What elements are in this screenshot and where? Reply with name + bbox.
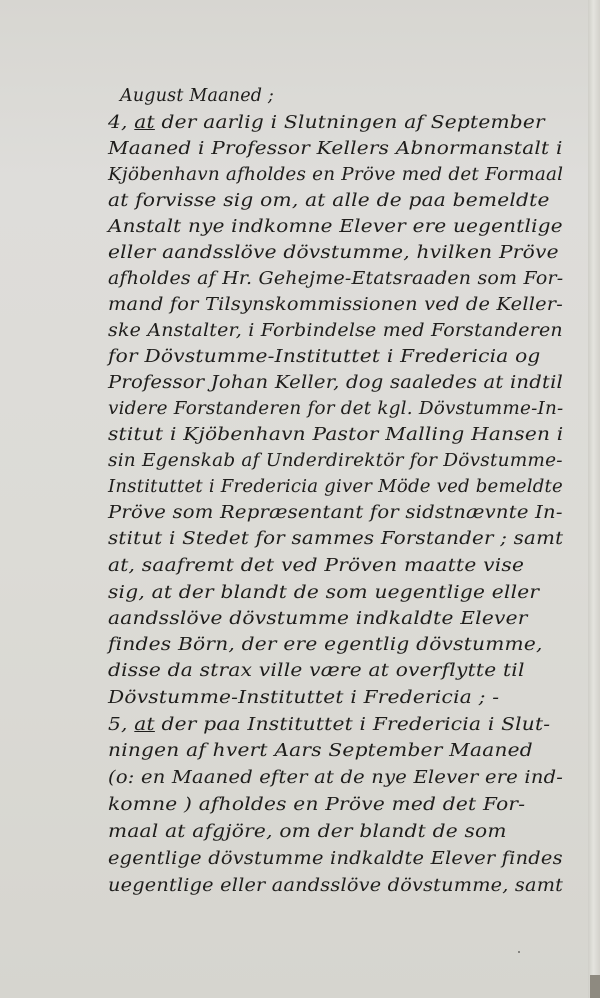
text-line: at forvisse sig om, at alle de paa bemel… <box>108 191 550 211</box>
text-line: videre Forstanderen for det kgl. Dövstum… <box>108 399 563 419</box>
underlined-word: at <box>134 715 155 735</box>
text-line: Maaned i Professor Kellers Abnormanstalt… <box>108 139 563 159</box>
text-line: (o: en Maaned efter at de nye Elever ere… <box>108 768 563 788</box>
text-line: Professor Johan Keller, dog saaledes at … <box>108 373 563 393</box>
text-line: 4, at der aarlig i Slutningen af Septemb… <box>108 113 545 133</box>
text-line: maal at afgjöre, om der blandt de som <box>108 822 507 842</box>
text-line: Dövstumme-Instituttet i Fredericia ; - <box>108 688 499 708</box>
text-line: eller aandsslöve dövstumme, hvilken Pröv… <box>108 243 559 263</box>
text-line: stitut i Stedet for sammes Forstander ; … <box>108 529 563 549</box>
text-line: stitut i Kjöbenhavn Pastor Malling Hanse… <box>108 425 563 445</box>
text-line: disse da strax ville være at overflytte … <box>108 661 525 681</box>
text-line: ningen af hvert Aars September Maaned <box>108 741 533 761</box>
text-line: uegentlige eller aandsslöve dövstumme, s… <box>108 876 563 896</box>
line-rest: der paa Instituttet i Fredericia i Slut- <box>155 715 550 735</box>
text-line: findes Börn, der ere egentlig dövstumme, <box>108 635 543 655</box>
text-line: Kjöbenhavn afholdes en Pröve med det For… <box>108 165 563 185</box>
text-line: at, saafremt det ved Pröven maatte vise <box>108 556 524 576</box>
text-line: Anstalt nye indkomne Elever ere uegentli… <box>108 217 563 237</box>
text-line: afholdes af Hr. Gehejme-Etatsraaden som … <box>108 269 563 289</box>
text-line: egentlige dövstumme indkaldte Elever fin… <box>108 849 563 869</box>
item-number: 4, <box>108 113 134 133</box>
text-line: aandsslöve dövstumme indkaldte Elever <box>108 609 528 629</box>
paper-speck <box>518 951 520 953</box>
text-line: for Dövstumme-Instituttet i Fredericia o… <box>108 347 541 367</box>
text-line: mand for Tilsynskommissionen ved de Kell… <box>108 295 563 315</box>
text-line: August Maaned ; <box>120 86 274 106</box>
text-line: komne ) afholdes en Pröve med det For- <box>108 795 525 815</box>
page-edge <box>588 0 600 998</box>
text-line: 5, at der paa Instituttet i Fredericia i… <box>108 715 550 735</box>
line-rest: der aarlig i Slutningen af September <box>155 113 545 133</box>
underlined-word: at <box>134 113 155 133</box>
text-line: sig, at der blandt de som uegentlige ell… <box>108 583 539 603</box>
text-line: ske Anstalter, i Forbindelse med Forstan… <box>108 321 563 341</box>
text-line: sin Egenskab af Underdirektör for Dövstu… <box>108 451 563 471</box>
text-line: Pröve som Repræsentant for sidstnævnte I… <box>108 503 563 523</box>
page-corner-shadow <box>590 975 600 998</box>
item-number: 5, <box>108 715 134 735</box>
text-line: Instituttet i Fredericia giver Möde ved … <box>108 477 563 497</box>
